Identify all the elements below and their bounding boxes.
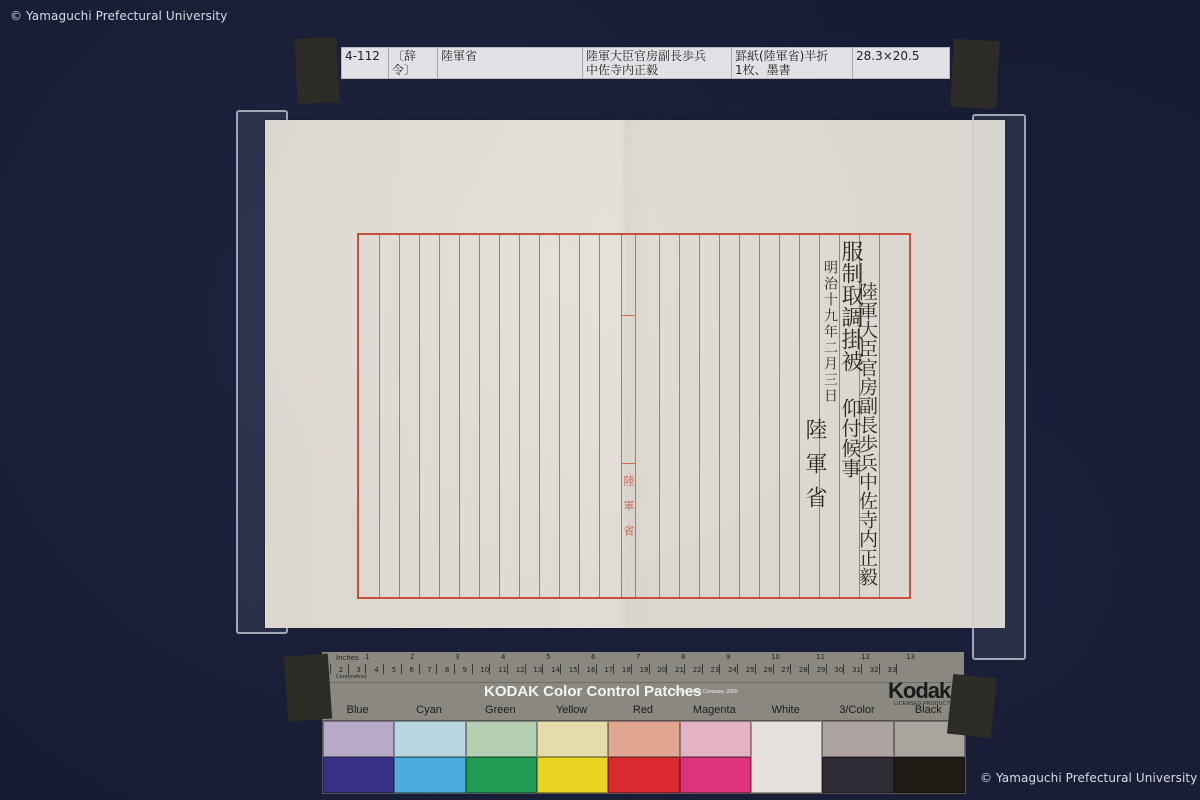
cm-tick <box>719 664 720 674</box>
patch-light-yellow <box>537 721 608 757</box>
color-patches <box>322 720 966 794</box>
cm-tick-label: 13 <box>533 666 542 674</box>
cm-tick-label: 25 <box>746 666 755 674</box>
ruler-scale: Inches Centimetres 1 2 3 4 5 6 7 8 9 10 … <box>322 652 964 683</box>
cm-tick <box>649 664 650 674</box>
cm-tick <box>560 664 561 674</box>
patch-labels: Blue Cyan Green Yellow Red Magenta White… <box>322 704 964 716</box>
cm-tick <box>472 664 473 674</box>
label-recipient: 陸軍大臣官房副長歩兵 中佐寺内正毅 <box>583 48 732 78</box>
tape-top-right <box>950 39 999 109</box>
cm-tick <box>383 664 384 674</box>
order-line-2: 仰付候事 <box>838 398 862 478</box>
cm-tick-label: 17 <box>604 666 613 674</box>
patch-dark-black <box>894 757 965 793</box>
cm-tick-label: 29 <box>817 666 826 674</box>
patch-dark-green <box>466 757 537 793</box>
target-title: KODAK Color Control Patches <box>484 683 702 700</box>
cm-tick-label: 15 <box>569 666 578 674</box>
patch-light-blue <box>323 721 394 757</box>
label-catalog-number: 4-112 <box>342 48 389 78</box>
cm-tick-label: 7 <box>427 666 431 674</box>
cm-tick-label: 10 <box>480 666 489 674</box>
cm-tick <box>773 664 774 674</box>
cm-tick <box>879 664 880 674</box>
label-dimensions: 28.3×20.5 <box>853 48 929 78</box>
cm-tick <box>826 664 827 674</box>
label-issuer: 陸軍省 <box>438 48 583 78</box>
cm-tick-label: 18 <box>622 666 631 674</box>
patch-dark-magenta <box>680 757 751 793</box>
copyright-notice-bottom: © Yamaguchi Prefectural University <box>980 771 1197 785</box>
cm-tick <box>454 664 455 674</box>
cm-tick <box>684 664 685 674</box>
cm-tick <box>596 664 597 674</box>
cm-tick-label: 5 <box>392 666 396 674</box>
cm-tick-label: 6 <box>410 666 414 674</box>
cm-tick <box>365 664 366 674</box>
cm-tick <box>613 664 614 674</box>
cm-tick-label: 3 <box>356 666 360 674</box>
tape-top-left <box>294 37 339 104</box>
cm-tick-label: 2 <box>339 666 343 674</box>
cm-tick <box>578 664 579 674</box>
cm-tick-label: 12 <box>516 666 525 674</box>
cm-tick <box>436 664 437 674</box>
cm-tick-label: 26 <box>764 666 773 674</box>
patch-light-cyan <box>394 721 465 757</box>
cm-tick <box>896 664 897 674</box>
cm-tick-label: 33 <box>887 666 896 674</box>
patch-light-green <box>466 721 537 757</box>
cm-tick <box>702 664 703 674</box>
acrylic-holder-right <box>972 114 1026 660</box>
cm-tick <box>631 664 632 674</box>
cm-tick-label: 14 <box>551 666 560 674</box>
patch-dark-3-color <box>822 757 893 793</box>
patch-light-white <box>751 721 822 793</box>
patch-dark-red <box>608 757 679 793</box>
patch-light-red <box>608 721 679 757</box>
cm-tick-label: 19 <box>640 666 649 674</box>
cm-tick-label: 28 <box>799 666 808 674</box>
cm-tick <box>489 664 490 674</box>
target-copyright: © The Tiffen Company, 2000 <box>674 689 737 695</box>
cm-tick <box>542 664 543 674</box>
cm-tick-label: 30 <box>834 666 843 674</box>
cm-tick <box>843 664 844 674</box>
cm-tick-label: 20 <box>657 666 666 674</box>
cm-tick <box>861 664 862 674</box>
cm-tick-label: 16 <box>587 666 596 674</box>
kodak-color-target: Inches Centimetres 1 2 3 4 5 6 7 8 9 10 … <box>322 652 964 720</box>
cm-tick <box>401 664 402 674</box>
patch-light-3-color <box>822 721 893 757</box>
cm-tick-label: 32 <box>870 666 879 674</box>
patch-dark-cyan <box>394 757 465 793</box>
cm-tick <box>790 664 791 674</box>
cm-tick <box>525 664 526 674</box>
label-material: 罫紙(陸軍省)半折 1枚、墨書 <box>732 48 853 78</box>
cm-tick-label: 21 <box>675 666 684 674</box>
cm-tick-label: 4 <box>374 666 378 674</box>
patch-dark-blue <box>323 757 394 793</box>
cm-tick-label: 22 <box>693 666 702 674</box>
cm-tick-label: 9 <box>463 666 467 674</box>
patch-light-magenta <box>680 721 751 757</box>
cm-tick <box>348 664 349 674</box>
center-column-stamp: 陸軍省 <box>620 475 636 550</box>
cm-tick <box>808 664 809 674</box>
cm-tick-label: 27 <box>781 666 790 674</box>
cm-tick <box>419 664 420 674</box>
issuer-signature: 陸軍省 <box>802 418 826 520</box>
cm-tick-label: 31 <box>852 666 861 674</box>
copyright-notice-top: © Yamaguchi Prefectural University <box>10 9 227 23</box>
cm-tick <box>755 664 756 674</box>
label-document-type: 〔辞令〕 <box>389 48 438 78</box>
cm-tick <box>737 664 738 674</box>
cm-tick <box>666 664 667 674</box>
patch-dark-yellow <box>537 757 608 793</box>
order-line-1: 服制取調掛被 <box>838 240 862 372</box>
tape-bottom-left <box>284 654 332 722</box>
cm-tick-label: 24 <box>728 666 737 674</box>
cm-tick <box>507 664 508 674</box>
cm-tick <box>330 664 331 674</box>
cm-tick-label: 8 <box>445 666 449 674</box>
date-line: 明治十九年二月三日 <box>822 260 838 404</box>
cm-tick-label: 23 <box>710 666 719 674</box>
tape-bottom-right <box>947 674 997 738</box>
cm-tick-label: 11 <box>498 666 507 674</box>
catalog-label: 4-112 〔辞令〕 陸軍省 陸軍大臣官房副長歩兵 中佐寺内正毅 罫紙(陸軍省)… <box>341 47 950 79</box>
